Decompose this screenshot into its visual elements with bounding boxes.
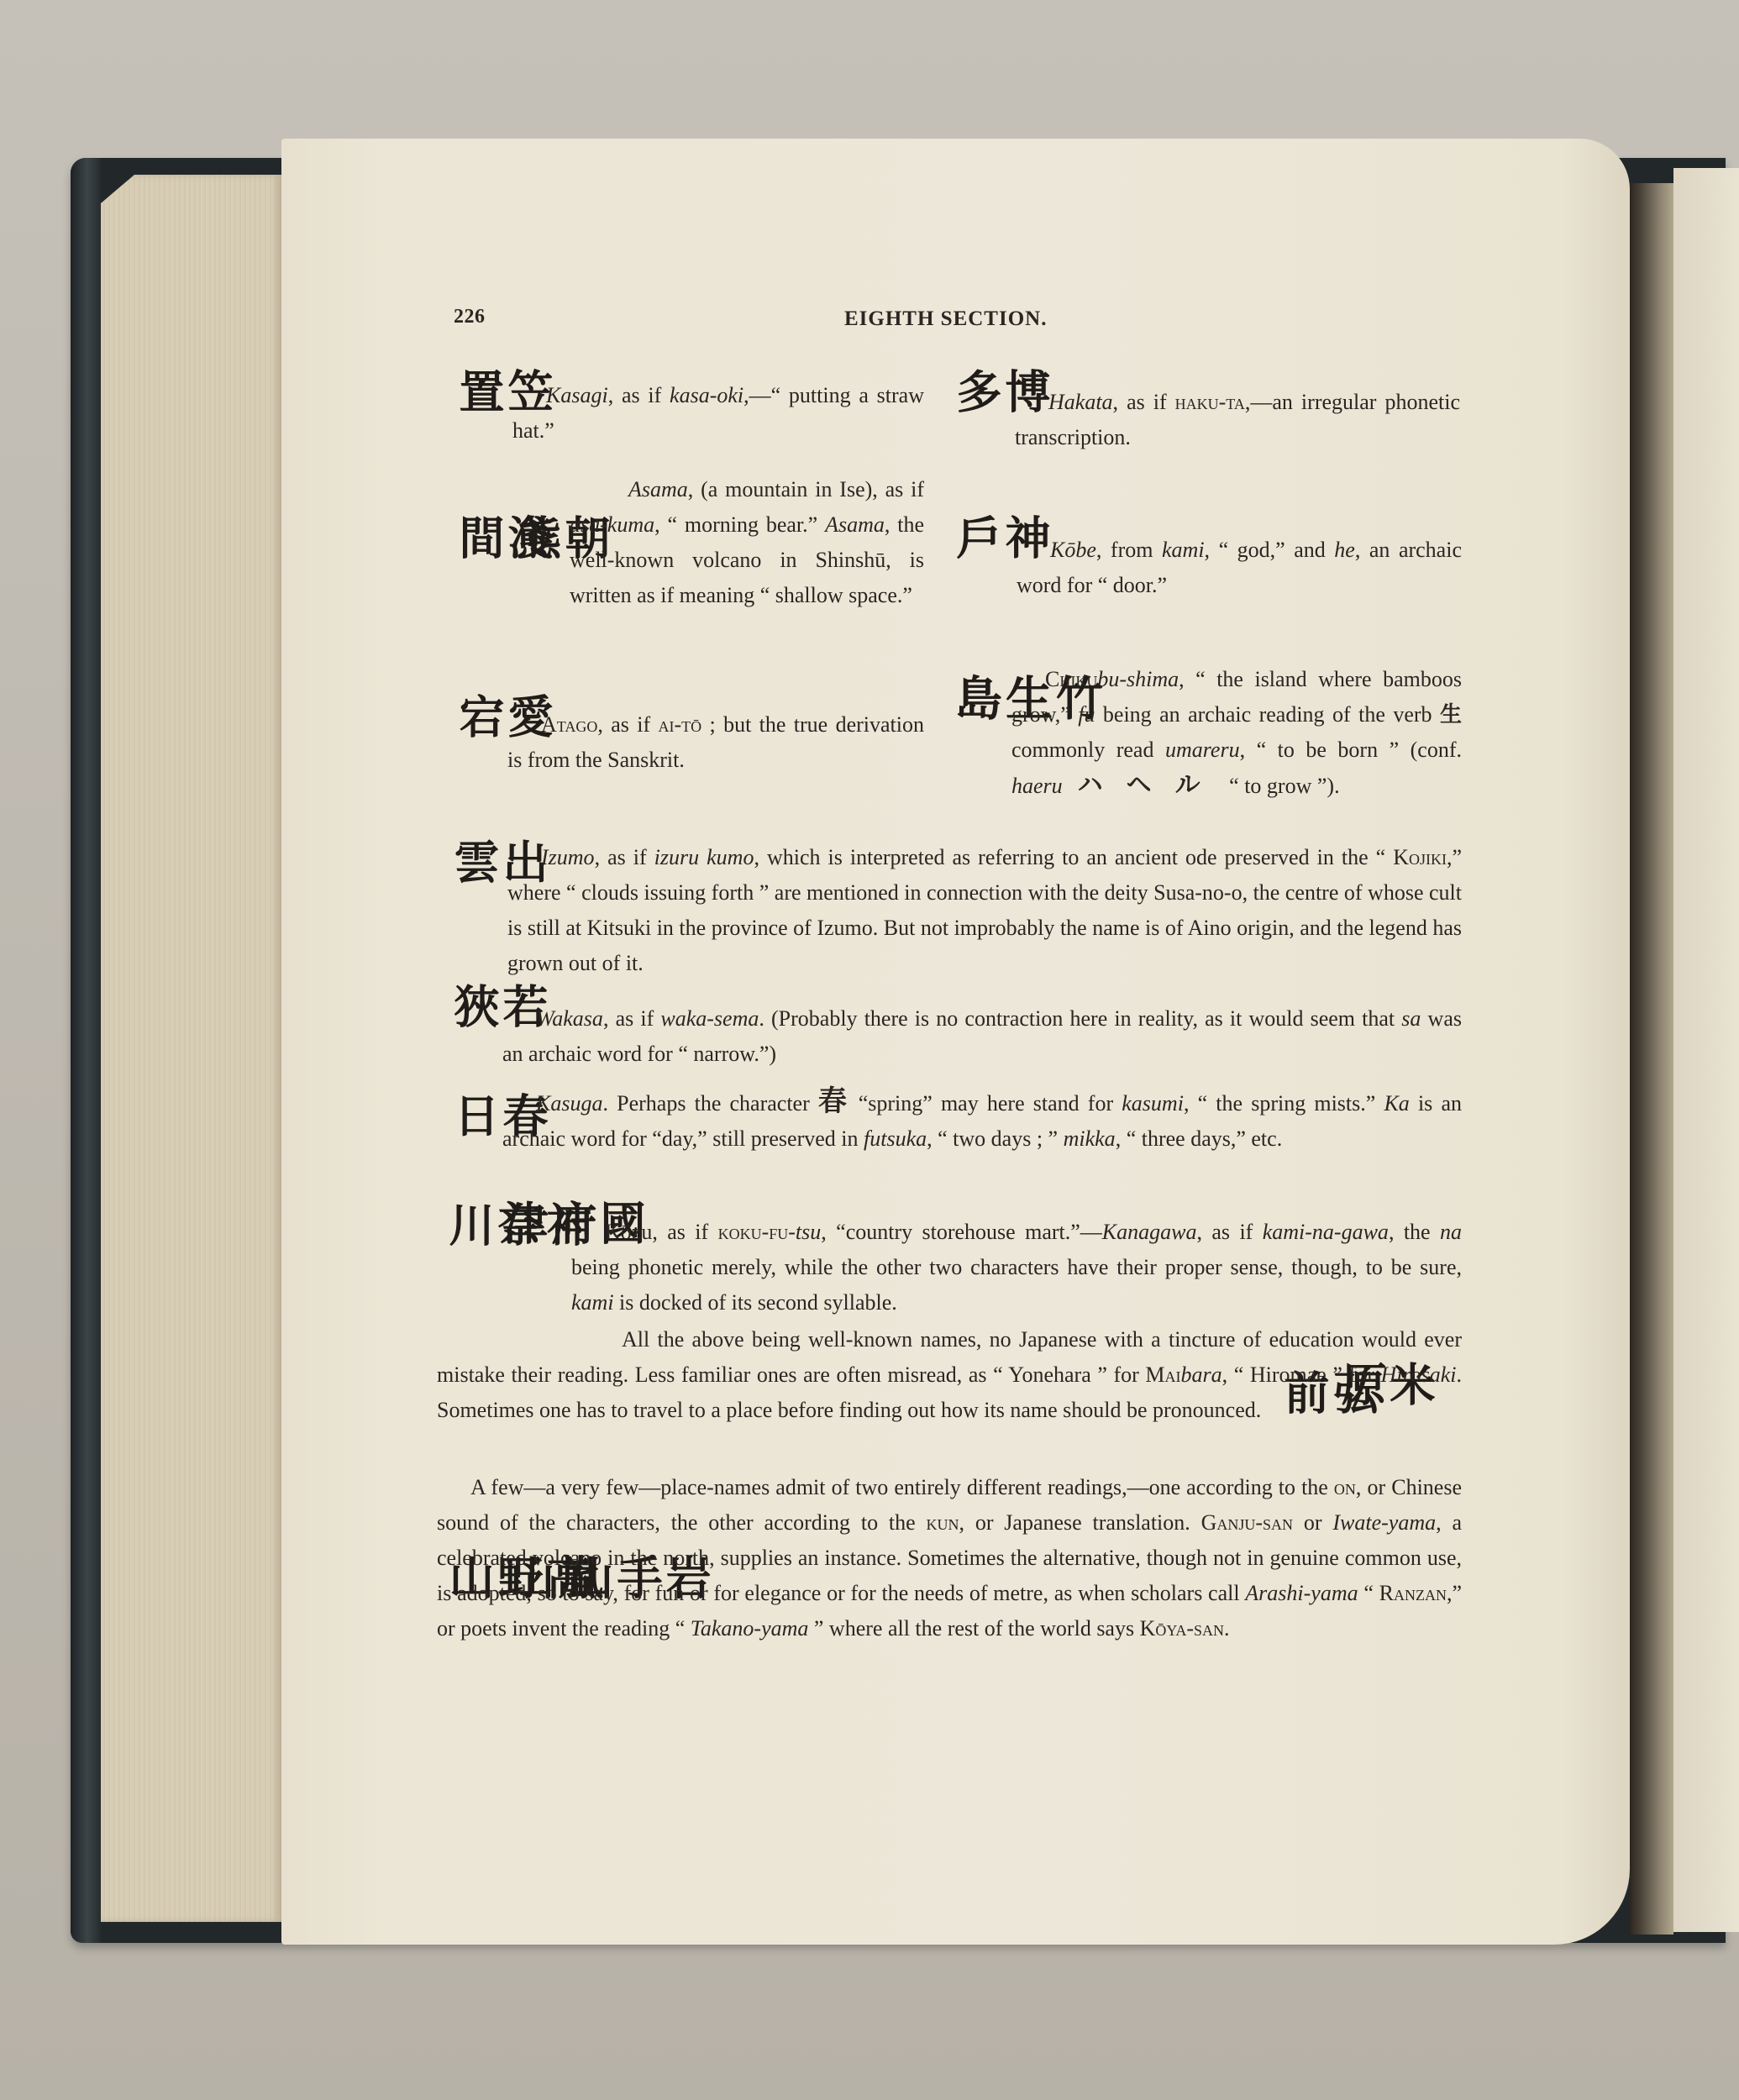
- kanji-haru-inline: 春: [818, 1084, 850, 1118]
- entry-hakata: Hakata, as if haku-ta,—an irregular phon…: [1015, 385, 1460, 455]
- running-head: 226 EIGHTH SECTION.: [437, 306, 1462, 339]
- facing-page: [1673, 168, 1739, 1932]
- section-title: EIGHTH SECTION.: [844, 307, 1047, 331]
- entry-izumo: Izumo, as if izuru kumo, which is interp…: [444, 840, 1462, 981]
- entry-less-familiar: All the above being well-known names, no…: [437, 1322, 1462, 1428]
- book-gutter: [1630, 183, 1673, 1935]
- page-number: 226: [454, 306, 486, 328]
- entry-wakasa: Wakasa, as if waka-sema. (Probably there…: [502, 1001, 1462, 1072]
- entry-kozu: Kōzu, as if koku-fu-tsu, “country storeh…: [571, 1215, 1462, 1320]
- entry-two-readings: A few—a very few—place-names admit of tw…: [437, 1470, 1462, 1646]
- entry-chikubushima: Chikubu-shima, “ the island where bamboo…: [1011, 662, 1462, 804]
- izumo-text: Izumo, as if izuru kumo, which is interp…: [444, 840, 1462, 981]
- page-stack-edge: [101, 175, 281, 1922]
- entry-atago: Atago, as if ai-tō ; but the true deriva…: [507, 707, 924, 778]
- book-spine: [71, 158, 101, 1943]
- katakana-haheru: ハヘル: [1078, 770, 1224, 800]
- entry-kobe: Kōbe, from kami, “ god,” and he, an arch…: [1017, 533, 1462, 603]
- kanji-sei-inline: 生: [1440, 702, 1462, 727]
- entry-kasuga: Kasuga. Perhaps the character 春 “spring”…: [502, 1084, 1462, 1157]
- entry-kasagi: Kasagi, as if kasa-oki,—“ putting a stra…: [512, 378, 924, 449]
- entry-asama: Asama, (a mountain in Ise), as if asa-ku…: [570, 472, 924, 613]
